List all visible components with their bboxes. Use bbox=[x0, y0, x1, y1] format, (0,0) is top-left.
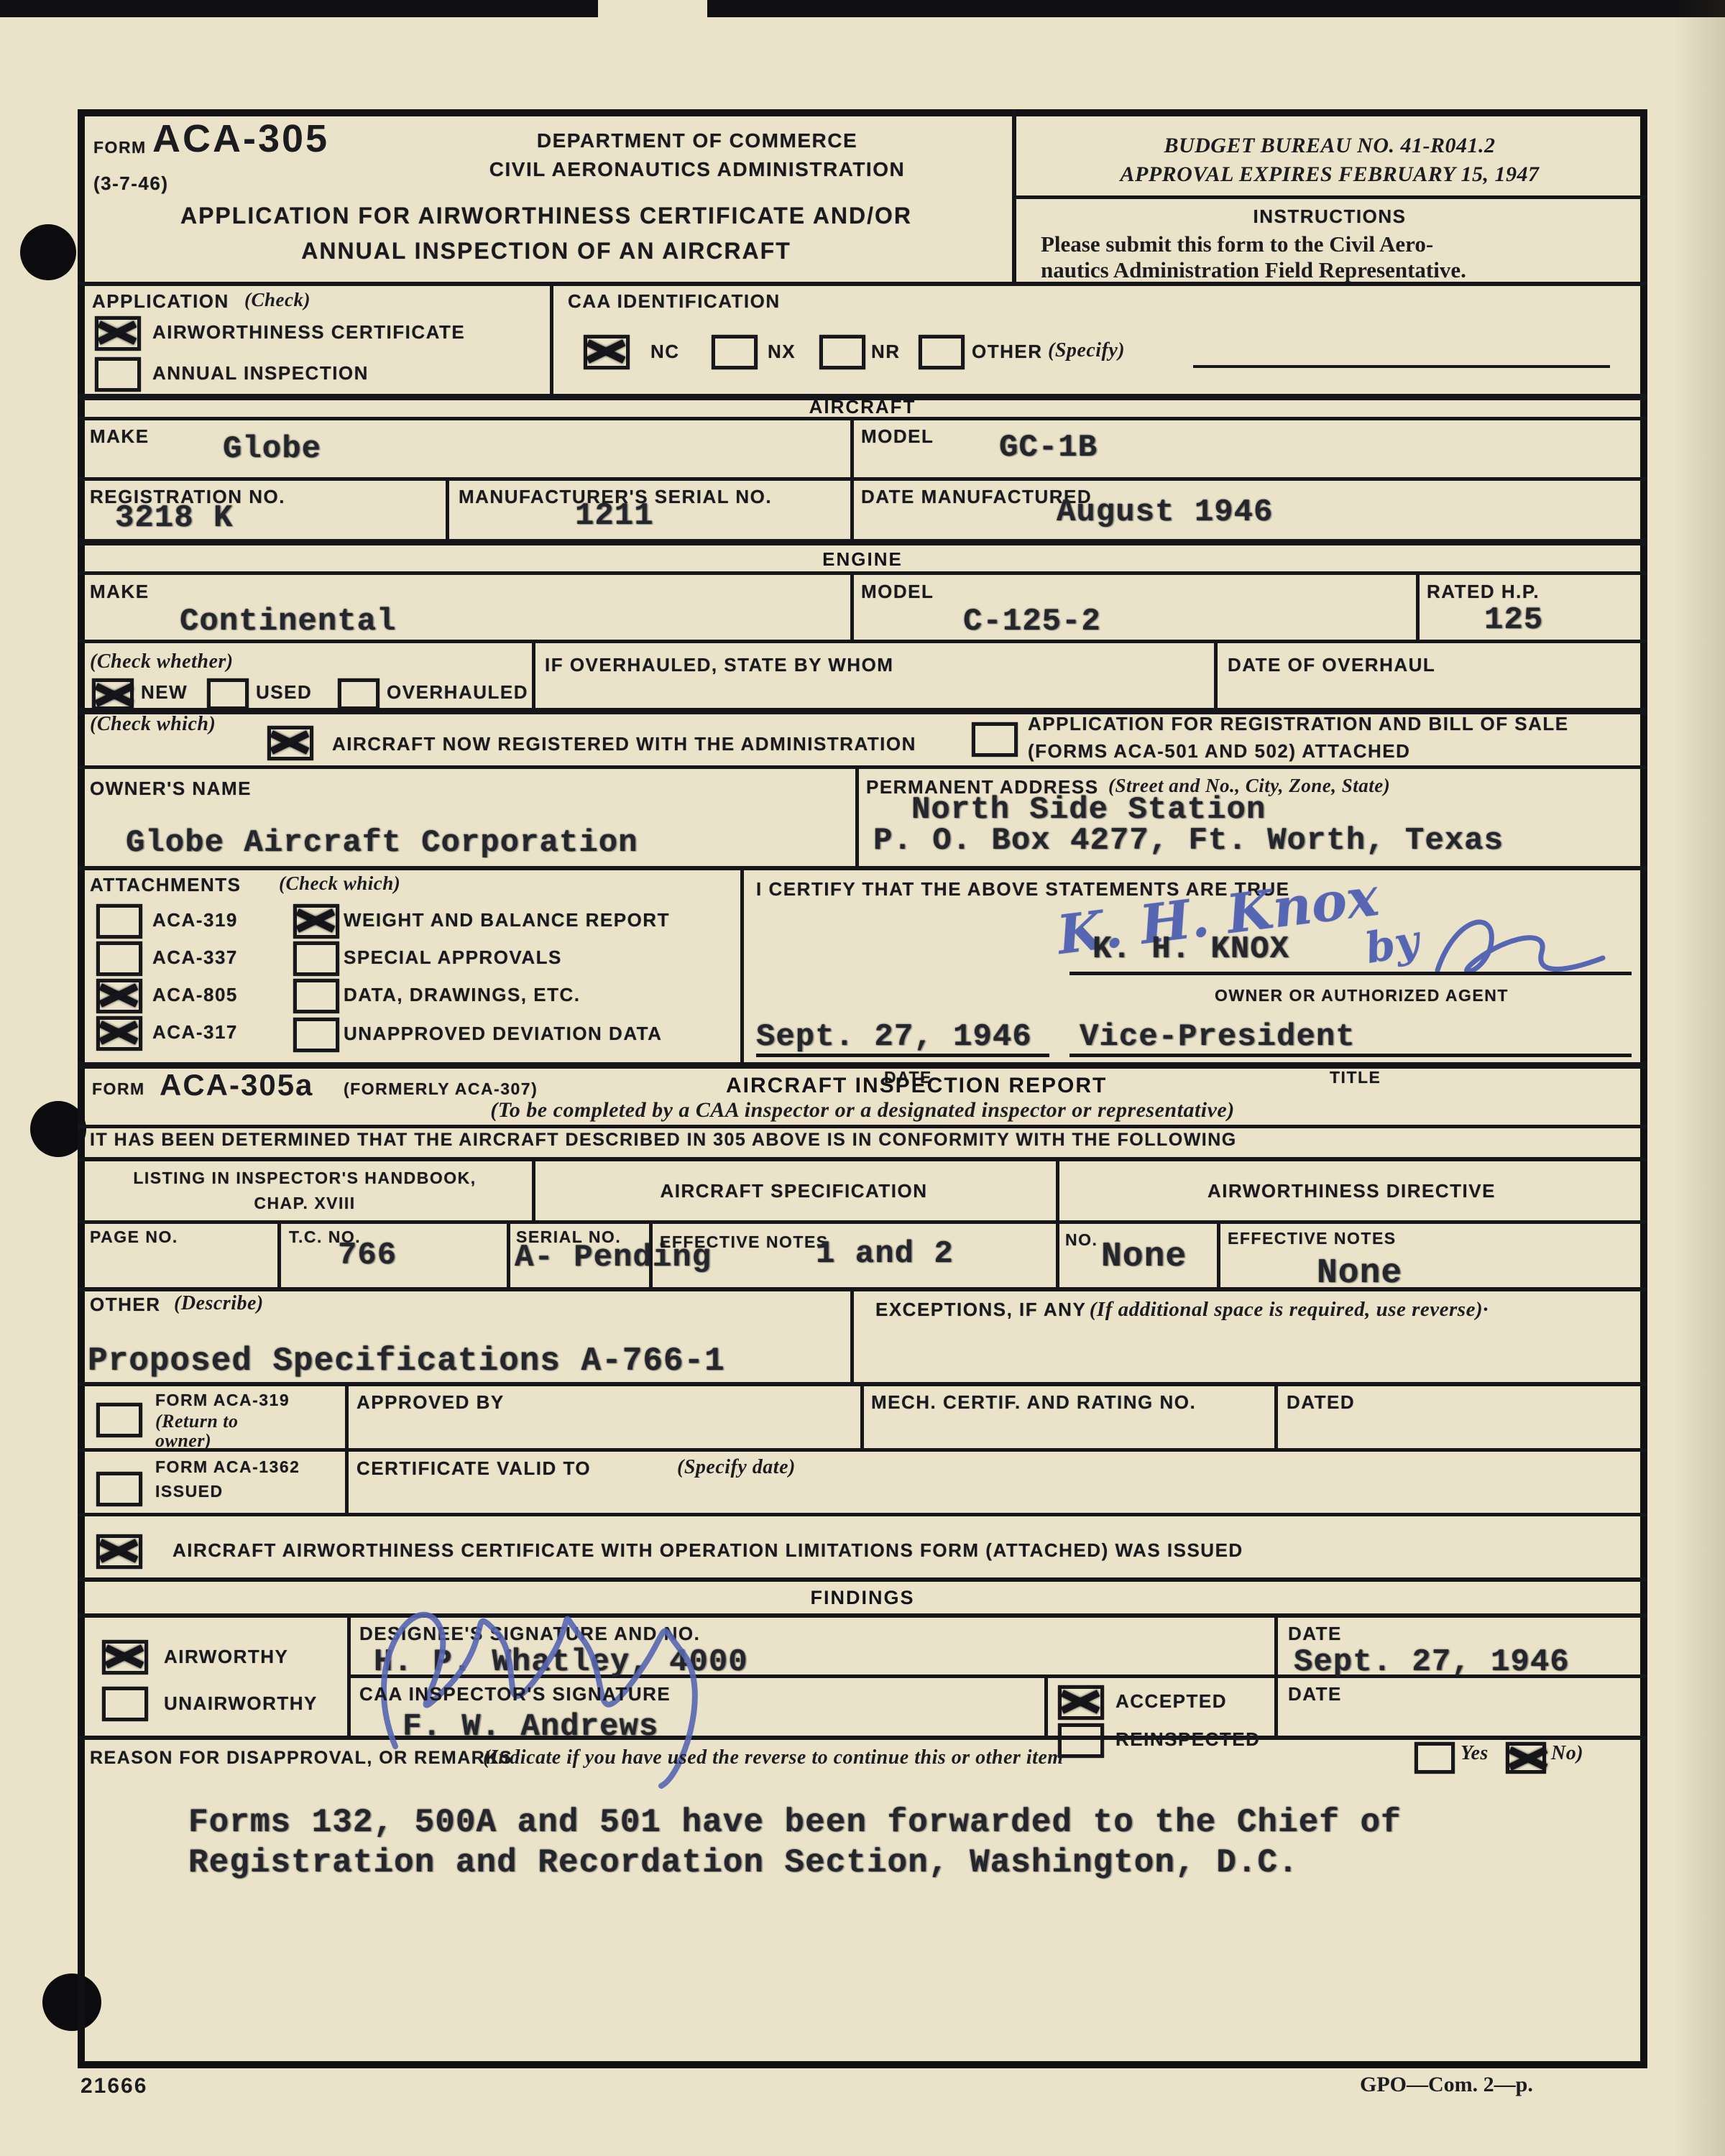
aircraft-section-title: AIRCRAFT bbox=[78, 396, 1647, 418]
engine-make-label: MAKE bbox=[90, 581, 149, 603]
engine-model-value[interactable]: C-125-2 bbox=[963, 604, 1101, 640]
aca-337-checkbox[interactable] bbox=[96, 941, 142, 976]
unapproved-deviation-label: UNAPPROVED DEVIATION DATA bbox=[344, 1023, 662, 1045]
dept-line2: CIVIL AERONAUTICS ADMINISTRATION bbox=[402, 158, 992, 181]
form-revision: (3-7-46) bbox=[93, 172, 168, 195]
reinspected-label: REINSPECTED bbox=[1115, 1728, 1260, 1751]
other-describe-hint: (Describe) bbox=[174, 1292, 264, 1315]
aircraft-registered-label: AIRCRAFT NOW REGISTERED WITH THE ADMINIS… bbox=[332, 733, 916, 755]
certificate-valid-to-hint: (Specify date) bbox=[677, 1456, 796, 1479]
rated-hp-label: RATED H.P. bbox=[1427, 581, 1540, 603]
nr-label: NR bbox=[871, 341, 901, 363]
airworthiness-certificate-checkbox[interactable] bbox=[95, 316, 141, 351]
directive-notes-label: EFFECTIVE NOTES bbox=[1228, 1229, 1397, 1248]
remarks-line1[interactable]: Forms 132, 500A and 501 have been forwar… bbox=[188, 1804, 1402, 1841]
form-aca-1362-checkbox[interactable] bbox=[96, 1472, 142, 1506]
disapproval-yes-checkbox[interactable] bbox=[1414, 1742, 1455, 1774]
unairworthy-checkbox[interactable] bbox=[102, 1687, 148, 1721]
aca-317-label: ACA-317 bbox=[152, 1021, 238, 1044]
annual-inspection-label: ANNUAL INSPECTION bbox=[152, 362, 369, 384]
determined-statement: IT HAS BEEN DETERMINED THAT THE AIRCRAFT… bbox=[90, 1130, 1237, 1151]
directive-notes-value[interactable]: None bbox=[1317, 1254, 1402, 1293]
registration-no-value[interactable]: 3218 K bbox=[115, 500, 233, 536]
airworthy-label: AIRWORTHY bbox=[164, 1646, 288, 1668]
disapproval-no-label: No) bbox=[1551, 1742, 1583, 1765]
unairworthy-label: UNAIRWORTHY bbox=[164, 1692, 318, 1715]
other-checkbox[interactable] bbox=[919, 335, 965, 369]
check-whether-hint: (Check whether) bbox=[90, 650, 234, 673]
airworthiness-certificate-label: AIRWORTHINESS CERTIFICATE bbox=[152, 321, 465, 344]
other-describe-value[interactable]: Proposed Specifications A-766-1 bbox=[88, 1342, 725, 1380]
engine-used-label: USED bbox=[256, 681, 312, 704]
bill-of-sale-checkbox[interactable] bbox=[972, 722, 1018, 757]
nr-checkbox[interactable] bbox=[819, 335, 865, 369]
dated-label: DATED bbox=[1287, 1391, 1355, 1414]
aca-805-checkbox[interactable] bbox=[96, 979, 142, 1013]
directive-no-label: NO. bbox=[1065, 1230, 1098, 1250]
engine-section-title: ENGINE bbox=[78, 548, 1647, 571]
listing-header-line2: CHAP. XVIII bbox=[78, 1194, 532, 1213]
caa-inspector-value[interactable]: F. W. Andrews bbox=[402, 1709, 658, 1745]
certification-title-value[interactable]: Vice-President bbox=[1080, 1019, 1356, 1055]
airworthiness-issued-checkbox[interactable] bbox=[96, 1534, 142, 1569]
findings-date2-label: DATE bbox=[1288, 1683, 1342, 1705]
exceptions-hint: (If additional space is required, use re… bbox=[1090, 1298, 1489, 1321]
application-label: APPLICATION bbox=[92, 290, 229, 313]
certificate-valid-to-label: CERTIFICATE VALID TO bbox=[356, 1457, 591, 1480]
other-label: OTHER bbox=[972, 341, 1043, 363]
unapproved-deviation-checkbox[interactable] bbox=[293, 1018, 339, 1052]
certification-title-label: TITLE bbox=[1330, 1068, 1381, 1087]
approval-expires: APPROVAL EXPIRES FEBRUARY 15, 1947 bbox=[1021, 162, 1639, 187]
inspection-form-word: FORM bbox=[92, 1079, 145, 1099]
aca-337-label: ACA-337 bbox=[152, 946, 238, 969]
budget-bureau-no: BUDGET BUREAU NO. 41-R041.2 bbox=[1021, 134, 1639, 158]
form-title: APPLICATION FOR AIRWORTHINESS CERTIFICAT… bbox=[115, 203, 977, 264]
nx-checkbox[interactable] bbox=[712, 335, 758, 369]
effective-notes-value[interactable]: 1 and 2 bbox=[816, 1236, 954, 1272]
scanned-form-page: FORM ACA-305 (3-7-46) DEPARTMENT OF COMM… bbox=[0, 0, 1725, 2156]
accepted-checkbox[interactable] bbox=[1058, 1685, 1104, 1720]
owner-name-label: OWNER'S NAME bbox=[90, 778, 252, 800]
annual-inspection-checkbox[interactable] bbox=[95, 357, 141, 392]
special-approvals-checkbox[interactable] bbox=[293, 941, 339, 976]
aca-805-label: ACA-805 bbox=[152, 984, 238, 1006]
if-overhauled-label: IF OVERHAULED, STATE BY WHOM bbox=[545, 654, 893, 676]
check-which-hint: (Check which) bbox=[90, 713, 216, 736]
form-aca-1362-sub: ISSUED bbox=[155, 1482, 224, 1501]
bill-of-sale-line1: APPLICATION FOR REGISTRATION AND BILL OF… bbox=[1028, 713, 1569, 735]
owner-signature-flourish bbox=[1427, 902, 1614, 995]
aircraft-make-value[interactable]: Globe bbox=[223, 431, 321, 467]
findings-date-label: DATE bbox=[1288, 1623, 1342, 1645]
engine-make-value[interactable]: Continental bbox=[180, 604, 396, 640]
other-describe-label: OTHER bbox=[90, 1294, 161, 1316]
application-check-hint: (Check) bbox=[244, 289, 310, 311]
disapproval-hint: (Indicate if you have used the reverse t… bbox=[483, 1746, 1064, 1769]
accepted-label: ACCEPTED bbox=[1115, 1690, 1227, 1713]
owner-signature-by: by bbox=[1362, 916, 1423, 973]
page-no-label: PAGE NO. bbox=[90, 1227, 178, 1247]
form-number: ACA-305 bbox=[152, 116, 329, 161]
form-aca-319-hint1: (Return to bbox=[155, 1411, 239, 1432]
disapproval-no-checkbox[interactable] bbox=[1506, 1742, 1546, 1774]
inspection-subtitle: (To be completed by a CAA inspector or a… bbox=[78, 1098, 1647, 1123]
date-of-overhaul-label: DATE OF OVERHAUL bbox=[1228, 654, 1435, 676]
aca-319-label: ACA-319 bbox=[152, 909, 238, 931]
scan-edge-band-right bbox=[707, 0, 1725, 17]
certification-date-line bbox=[756, 1054, 1049, 1057]
other-specify-hint: (Specify) bbox=[1048, 339, 1125, 362]
listing-header-line1: LISTING IN INSPECTOR'S HANDBOOK, bbox=[78, 1169, 532, 1188]
disapproval-label: REASON FOR DISAPPROVAL, OR REMARKS bbox=[90, 1748, 512, 1769]
data-drawings-label: DATA, DRAWINGS, ETC. bbox=[344, 984, 580, 1006]
aircraft-model-value[interactable]: GC-1B bbox=[999, 430, 1098, 466]
effective-notes-label: EFFECTIVE NOTES bbox=[660, 1233, 829, 1252]
bill-of-sale-line2: (FORMS ACA-501 AND 502) ATTACHED bbox=[1028, 740, 1410, 763]
aca-319-checkbox[interactable] bbox=[96, 904, 142, 939]
engine-model-label: MODEL bbox=[861, 581, 934, 603]
form-aca-319-checkbox[interactable] bbox=[96, 1403, 142, 1437]
remarks-line2[interactable]: Registration and Recordation Section, Wa… bbox=[188, 1844, 1299, 1881]
owner-agent-label: OWNER OR AUTHORIZED AGENT bbox=[1215, 986, 1509, 1005]
other-specify-line[interactable] bbox=[1193, 365, 1610, 368]
form-aca-319-label: FORM ACA-319 bbox=[155, 1391, 290, 1410]
aircraft-spec-header: AIRCRAFT SPECIFICATION bbox=[532, 1180, 1056, 1202]
directive-no-value[interactable]: None bbox=[1101, 1238, 1187, 1276]
instructions-text: Please submit this form to the Civil Aer… bbox=[1041, 231, 1466, 283]
approved-by-label: APPROVED BY bbox=[356, 1391, 505, 1414]
mech-certif-label: MECH. CERTIF. AND RATING NO. bbox=[871, 1391, 1196, 1414]
engine-overhauled-label: OVERHAULED bbox=[387, 681, 528, 704]
exceptions-label: EXCEPTIONS, IF ANY bbox=[875, 1299, 1086, 1320]
weight-balance-label: WEIGHT AND BALANCE REPORT bbox=[344, 909, 670, 931]
owner-signature-line[interactable] bbox=[1069, 972, 1632, 975]
serial-no-value[interactable]: 1211 bbox=[575, 498, 654, 534]
findings-section-title: FINDINGS bbox=[78, 1587, 1647, 1609]
nc-label: NC bbox=[650, 341, 680, 363]
form-word: FORM bbox=[93, 138, 147, 157]
aca-317-checkbox[interactable] bbox=[96, 1016, 142, 1051]
address-line2[interactable]: P. O. Box 4277, Ft. Worth, Texas bbox=[873, 823, 1504, 859]
aircraft-model-label: MODEL bbox=[861, 425, 934, 448]
caa-inspector-label: CAA INSPECTOR'S SIGNATURE bbox=[359, 1683, 671, 1705]
footer-gpo: GPO—Com. 2—p. bbox=[1360, 2073, 1533, 2097]
airworthy-checkbox[interactable] bbox=[102, 1640, 148, 1674]
dept-line1: DEPARTMENT OF COMMERCE bbox=[402, 129, 992, 152]
certification-title-line bbox=[1069, 1054, 1632, 1057]
instructions-title: INSTRUCTIONS bbox=[1021, 206, 1639, 228]
owner-signature-typed: K. H. KNOX bbox=[1092, 931, 1289, 967]
certification-date-value[interactable]: Sept. 27, 1946 bbox=[756, 1019, 1032, 1055]
form-aca-1362-label: FORM ACA-1362 bbox=[155, 1457, 300, 1477]
engine-used-checkbox[interactable] bbox=[207, 678, 249, 710]
engine-new-checkbox[interactable] bbox=[92, 678, 134, 710]
reinspected-checkbox[interactable] bbox=[1058, 1723, 1104, 1758]
owner-name-value[interactable]: Globe Aircraft Corporation bbox=[126, 825, 638, 861]
special-approvals-label: SPECIAL APPROVALS bbox=[344, 946, 562, 969]
rated-hp-value[interactable]: 125 bbox=[1484, 602, 1543, 638]
nx-label: NX bbox=[768, 341, 796, 363]
weight-balance-checkbox[interactable] bbox=[293, 904, 339, 939]
aircraft-make-label: MAKE bbox=[90, 425, 149, 448]
date-manufactured-value[interactable]: August 1946 bbox=[1057, 494, 1273, 530]
attachments-label: ATTACHMENTS bbox=[90, 874, 241, 896]
tc-no-value[interactable]: 766 bbox=[338, 1238, 397, 1273]
attachments-check-hint: (Check which) bbox=[279, 872, 400, 895]
aircraft-registered-checkbox[interactable] bbox=[267, 726, 313, 760]
engine-overhauled-checkbox[interactable] bbox=[338, 678, 379, 710]
airworthiness-directive-header: AIRWORTHINESS DIRECTIVE bbox=[1056, 1180, 1647, 1202]
caa-identification-label: CAA IDENTIFICATION bbox=[568, 290, 781, 313]
punch-hole bbox=[20, 224, 76, 280]
disapproval-yes-label: Yes bbox=[1460, 1742, 1489, 1765]
inspection-title: AIRCRAFT INSPECTION REPORT bbox=[726, 1074, 1107, 1098]
engine-new-label: NEW bbox=[141, 681, 188, 704]
airworthiness-issued-label: AIRCRAFT AIRWORTHINESS CERTIFICATE WITH … bbox=[172, 1539, 1243, 1562]
findings-date-value[interactable]: Sept. 27, 1946 bbox=[1294, 1644, 1570, 1680]
data-drawings-checkbox[interactable] bbox=[293, 979, 339, 1013]
scan-edge-band-left bbox=[0, 0, 598, 17]
inspection-form-number: ACA-305a bbox=[160, 1068, 313, 1102]
footer-print-code: 21666 bbox=[80, 2074, 147, 2099]
form-aca-319-hint2: owner) bbox=[155, 1430, 211, 1452]
inspection-formerly: (FORMERLY ACA-307) bbox=[344, 1079, 538, 1099]
nc-checkbox[interactable] bbox=[584, 335, 630, 369]
